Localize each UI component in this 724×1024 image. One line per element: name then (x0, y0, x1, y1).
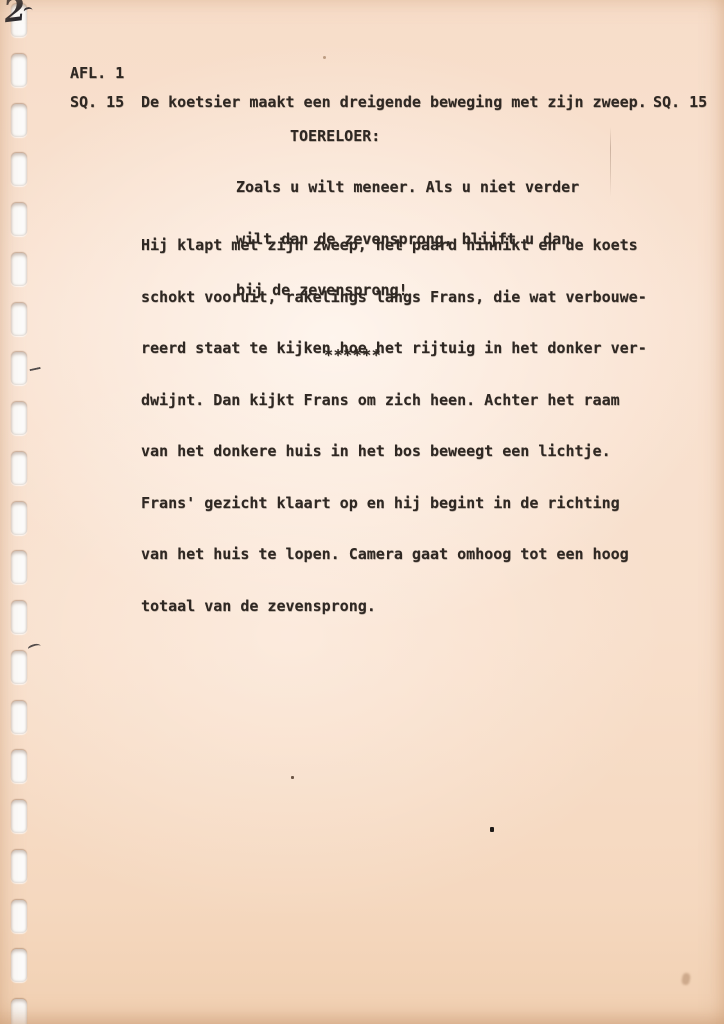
episode-label: AFL. 1 (70, 64, 124, 82)
paper-crease-line (610, 127, 611, 197)
action-line: van het donkere huis in het bos beweegt … (141, 444, 647, 460)
faint-smudge (681, 972, 691, 985)
punch-hole (11, 54, 27, 87)
action-line: Frans' gezicht klaart op en hij begint i… (141, 496, 647, 512)
scene-number-left: SQ. 15 (70, 93, 124, 111)
punch-hole (11, 949, 27, 982)
action-line: van het huis te lopen. Camera gaat omhoo… (141, 547, 647, 563)
pen-tick-mark (27, 642, 42, 653)
action-paragraph: Hij klapt met zijn zweep, het paard hinn… (141, 202, 647, 650)
punch-hole (11, 601, 27, 634)
punch-hole (11, 651, 27, 684)
punch-hole (11, 701, 27, 734)
dialogue-speaker: TOERELOER: (290, 127, 380, 145)
punch-hole (11, 402, 27, 435)
scene-end-separator: ****** (324, 346, 381, 364)
paper-speck (323, 56, 326, 59)
paper-speck (291, 776, 294, 779)
dialogue-line: Zoals u wilt meneer. Als u niet verder (236, 180, 579, 196)
punch-hole (11, 551, 27, 584)
action-line: schokt vooruit, rakelings langs Frans, d… (141, 290, 647, 306)
pen-tick-mark (29, 367, 41, 375)
punch-hole (11, 303, 27, 336)
punch-hole (11, 750, 27, 783)
ink-dot (490, 827, 494, 832)
scene-description: De koetsier maakt een dreigende beweging… (141, 93, 647, 111)
action-line: dwijnt. Dan kijkt Frans om zich heen. Ac… (141, 393, 647, 409)
scene-number-right: SQ. 15 (653, 93, 707, 111)
punch-hole (11, 900, 27, 933)
punch-hole (11, 203, 27, 236)
punch-hole (11, 800, 27, 833)
punch-hole (11, 850, 27, 883)
action-line: Hij klapt met zijn zweep, het paard hinn… (141, 238, 647, 254)
action-line: reerd staat te kijken hoe het rijtuig in… (141, 341, 647, 357)
handwritten-page-number: 2 (2, 0, 28, 30)
punch-hole (11, 104, 27, 137)
punch-hole (11, 452, 27, 485)
script-page: 2 AFL. 1 SQ. 15 De koetsier maakt een dr… (0, 0, 724, 1024)
action-line: totaal van de zevensprong. (141, 599, 647, 615)
punch-hole (11, 502, 27, 535)
punch-hole (11, 352, 27, 385)
punch-hole (11, 999, 27, 1024)
punch-hole (11, 153, 27, 186)
punch-hole (11, 253, 27, 286)
